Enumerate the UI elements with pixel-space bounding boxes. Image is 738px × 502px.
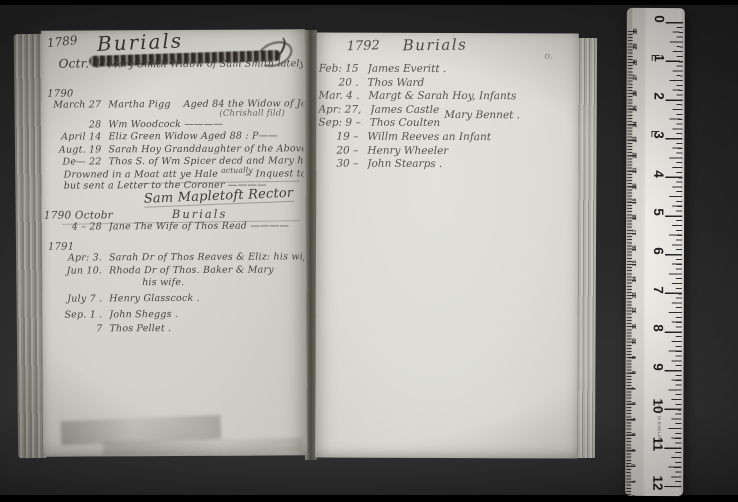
left-page-burials-title: Burials: [97, 29, 184, 56]
record-row: Sep. 1 . John Sheggs .: [44, 308, 304, 323]
record-text: John Sheggs .: [109, 309, 178, 320]
record-date: Apr: 3.: [44, 252, 109, 263]
record-date: De— 22: [44, 156, 109, 167]
record-text: Thos Coulten: [370, 117, 441, 129]
record-row: July 7 . Henry Glasscock .: [44, 292, 304, 307]
left-page-year: 1789: [46, 33, 78, 50]
record-date: Octr. 4: [43, 56, 108, 70]
record-text: Margt & Sarah Hoy, Infants: [368, 90, 516, 103]
cm-label: 21: [630, 166, 639, 175]
cm-label: 14: [630, 275, 639, 284]
inch-label: 8: [651, 320, 667, 336]
cm-label: 25: [630, 104, 639, 113]
record-date: 1790: [43, 88, 112, 99]
cm-label: 10: [630, 337, 639, 346]
record-date: 19 –: [318, 131, 367, 143]
record-date: March 27: [43, 99, 108, 110]
record-row: Sam Mapletoft Rector: [144, 188, 304, 205]
record-date: 7: [44, 323, 109, 334]
record-text: his wife.: [142, 277, 184, 288]
measuring-ruler: 0123456789101112 30292827262524232221201…: [625, 8, 685, 496]
record-text: Sarah Dr of Thos Reaves & Eliz: his wife…: [109, 251, 304, 263]
record-row: Octr. 4 Mary Smith Widow of Sam Smith la…: [43, 55, 303, 70]
record-date: 1791: [44, 241, 113, 252]
cm-label: 22: [630, 151, 639, 160]
cm-label: 24: [630, 120, 639, 129]
left-page-entries: Octr. 4 Mary Smith Widow of Sam Smith la…: [43, 55, 304, 335]
record-row: his wife.: [142, 276, 304, 289]
hook-mark-icon: [651, 131, 659, 137]
right-page-year: 1792: [346, 38, 380, 54]
record-text: Henry Wheeler: [367, 144, 448, 156]
cm-label: 7: [630, 384, 639, 393]
cm-label: 18: [630, 213, 639, 222]
cm-label: 23: [630, 135, 639, 144]
record-text: James Castle: [370, 104, 439, 116]
inch-label: 9: [651, 359, 667, 375]
cm-label: 26: [631, 89, 640, 98]
record-date: Augt. 19: [43, 144, 108, 155]
record-date: July 7 .: [44, 293, 109, 304]
cm-label: 20: [630, 182, 639, 191]
inch-label: 7: [651, 282, 667, 298]
record-row: 7 Thos Pellet .: [44, 322, 304, 336]
ruler-eighth-inch-ticks: [675, 22, 683, 487]
cm-label: 11: [630, 321, 639, 330]
inch-label: 0: [652, 11, 668, 27]
ink-doodle: o.: [545, 51, 553, 61]
record-text: Sarah Hoy Granddaughter of the Above Wm …: [108, 143, 303, 155]
cm-label: 13: [630, 290, 639, 299]
record-date: April 14: [43, 131, 108, 142]
record-row: Feb: 15 James Everitt .: [319, 63, 577, 77]
record-date: 20 –: [318, 144, 367, 156]
record-text: Thos S. of Wm Spicer decd and Mary his w…: [109, 155, 304, 167]
inch-label: 12: [650, 475, 666, 491]
inch-label: 4: [651, 166, 667, 182]
record-text: James Everitt .: [368, 63, 447, 75]
record-text: Thos Ward: [368, 76, 425, 88]
cm-label: 16: [630, 244, 639, 253]
film-border-top: [0, 0, 738, 5]
record-text-continued: Inquest taken: [256, 168, 304, 179]
record-row: Mar. 4 . Margt & Sarah Hoy, Infants: [318, 90, 576, 104]
inch-label: 2: [652, 88, 668, 104]
record-text: John Stearps .: [367, 158, 442, 170]
record-date: 20 .: [319, 76, 368, 88]
record-row: 20 – Henry Wheeler: [318, 144, 576, 158]
record-text: Burials: [172, 206, 228, 220]
record-text: Rhoda Dr of Thos. Baker & Mary: [109, 264, 274, 276]
inch-label: 6: [651, 243, 667, 259]
record-date: Sep. 1 .: [44, 309, 109, 320]
cm-label: 30: [631, 26, 640, 35]
right-page-burials-title: Burials: [403, 36, 468, 55]
record-date: 1790 Octobr: [44, 209, 120, 221]
record-text: Drowned in a Moat att ye Hale farm but t…: [64, 168, 220, 180]
cm-label: 12: [630, 306, 639, 315]
cm-label: 5: [629, 415, 638, 424]
right-page-entries: Feb: 15 James Everitt . 20 . Thos Ward M…: [318, 63, 576, 173]
record-date: Mar. 4 .: [319, 90, 369, 102]
register-photograph: 1789 Burials ) Octr. 4 Mary Smith Widow …: [0, 0, 738, 502]
record-date: 28: [43, 119, 108, 130]
record-row: Drowned in a Moat att ye Hale farm but t…: [64, 168, 304, 180]
cm-label: 0: [629, 492, 638, 496]
record-text: Mary Smith Widow of Sam Smith lately Dec…: [108, 58, 303, 70]
record-text: Wm Woodcock ————: [108, 118, 223, 130]
record-text: Willm Reeves an Infant: [367, 131, 491, 143]
made-in-england-label: MADE IN ENGLAND: [657, 401, 662, 445]
inch-label: 5: [651, 204, 667, 220]
record-text: (Chrishall fild): [219, 108, 285, 118]
cm-label: 4: [629, 430, 638, 439]
right-page-header: 1792 Burials o.: [317, 35, 579, 64]
cm-label: 9: [630, 353, 639, 362]
record-date: Apr: 27,: [318, 103, 370, 115]
caret-mark: ^: [245, 172, 252, 181]
record-extra-name: Mary Bennet .: [444, 109, 520, 121]
hook-mark-icon: [652, 55, 660, 61]
left-page: 1789 Burials ) Octr. 4 Mary Smith Widow …: [41, 29, 307, 456]
record-row: 19 – Willm Reeves an Infant: [318, 131, 576, 145]
record-date: Feb: 15: [319, 63, 368, 75]
cm-label: 2: [629, 461, 638, 470]
right-page: 1792 Burials o. Feb: 15 James Everitt . …: [315, 33, 578, 459]
cm-label: 28: [631, 57, 640, 66]
record-text: Eliz Green Widow Aged 88 : P——: [108, 130, 278, 142]
cm-label: 3: [629, 446, 638, 455]
cm-label: 15: [630, 259, 639, 268]
record-row: 1790 Octobr Burials: [44, 206, 304, 221]
record-text: Henry Glasscock .: [109, 292, 200, 303]
record-row: 30 – John Stearps .: [318, 158, 576, 172]
record-row: Apr: 27, James Castle Mary Bennet .: [318, 103, 576, 117]
cm-label: 29: [631, 42, 640, 51]
record-date: Sep: 9 –: [318, 117, 369, 129]
record-date: 30 –: [318, 158, 367, 170]
cm-label: 6: [629, 399, 638, 408]
cm-label: 8: [630, 368, 639, 377]
cm-label: 27: [631, 73, 640, 82]
cm-label: 1: [629, 477, 638, 486]
film-border-bottom: [0, 495, 738, 502]
cm-label: 19: [630, 197, 639, 206]
cm-label: 17: [630, 228, 639, 237]
record-row: 20 . Thos Ward: [319, 76, 577, 90]
record-date: Jun 10.: [44, 265, 109, 276]
record-text: Thos Pellet .: [109, 323, 171, 334]
